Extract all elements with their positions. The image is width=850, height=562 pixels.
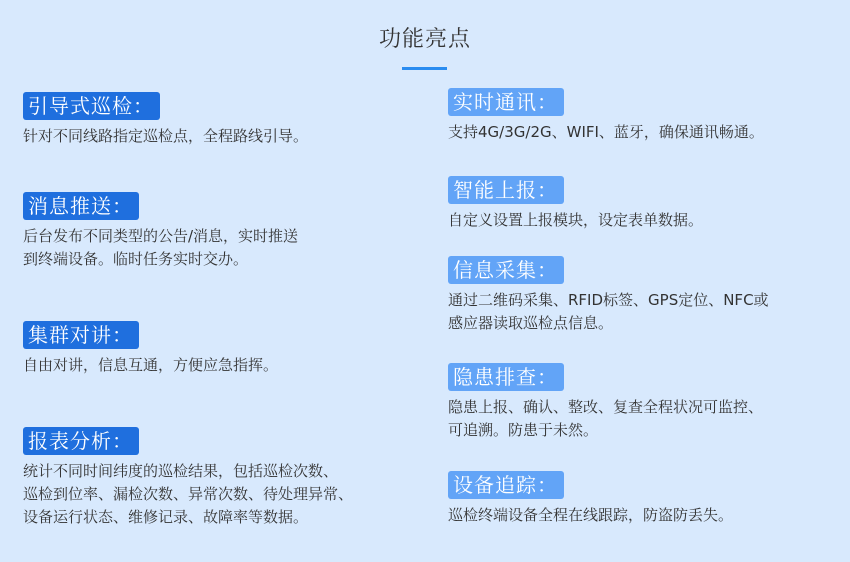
description-line: 自由对讲，信息互通，方便应急指挥。 — [23, 354, 278, 377]
description-line: 支持4G/3G/2G、WIFI、蓝牙，确保通讯畅通。 — [448, 121, 764, 144]
description-line: 通过二维码采集、RFID标签、GPS定位、NFC或 — [448, 289, 769, 312]
feature-description: 自定义设置上报模块，设定表单数据。 — [448, 209, 703, 232]
description-line: 针对不同线路指定巡检点，全程路线引导。 — [23, 125, 308, 148]
page-title: 功能亮点 — [0, 22, 850, 53]
feature-group-intercom: 集群对讲： 自由对讲，信息互通，方便应急指挥。 — [23, 321, 278, 377]
feature-badge: 设备追踪： — [448, 471, 564, 499]
feature-guided-patrol: 引导式巡检： 针对不同线路指定巡检点，全程路线引导。 — [23, 92, 308, 148]
description-line: 设备运行状态、维修记录、故障率等数据。 — [23, 506, 353, 529]
feature-description: 隐患上报、确认、整改、复查全程状况可监控、 可追溯。防患于未然。 — [448, 396, 763, 442]
description-line: 后台发布不同类型的公告/消息，实时推送 — [23, 225, 298, 248]
feature-description: 后台发布不同类型的公告/消息，实时推送 到终端设备。临时任务实时交办。 — [23, 225, 298, 271]
feature-badge: 信息采集： — [448, 256, 564, 284]
feature-description: 通过二维码采集、RFID标签、GPS定位、NFC或 感应器读取巡检点信息。 — [448, 289, 769, 335]
feature-badge: 智能上报： — [448, 176, 564, 204]
feature-badge: 实时通讯： — [448, 88, 564, 116]
description-line: 感应器读取巡检点信息。 — [448, 312, 769, 335]
description-line: 到终端设备。临时任务实时交办。 — [23, 248, 298, 271]
feature-smart-reporting: 智能上报： 自定义设置上报模块，设定表单数据。 — [448, 176, 703, 232]
feature-description: 自由对讲，信息互通，方便应急指挥。 — [23, 354, 278, 377]
description-line: 自定义设置上报模块，设定表单数据。 — [448, 209, 703, 232]
feature-badge: 集群对讲： — [23, 321, 139, 349]
description-line: 可追溯。防患于未然。 — [448, 419, 763, 442]
feature-realtime-communication: 实时通讯： 支持4G/3G/2G、WIFI、蓝牙，确保通讯畅通。 — [448, 88, 764, 144]
description-line: 统计不同时间纬度的巡检结果，包括巡检次数、 — [23, 460, 353, 483]
feature-description: 巡检终端设备全程在线跟踪，防盗防丢失。 — [448, 504, 733, 527]
description-line: 巡检终端设备全程在线跟踪，防盗防丢失。 — [448, 504, 733, 527]
feature-device-tracking: 设备追踪： 巡检终端设备全程在线跟踪，防盗防丢失。 — [448, 471, 733, 527]
feature-message-push: 消息推送： 后台发布不同类型的公告/消息，实时推送 到终端设备。临时任务实时交办… — [23, 192, 298, 271]
feature-hazard-inspection: 隐患排查： 隐患上报、确认、整改、复查全程状况可监控、 可追溯。防患于未然。 — [448, 363, 763, 442]
feature-badge: 报表分析： — [23, 427, 139, 455]
feature-badge: 引导式巡检： — [23, 92, 160, 120]
feature-info-collection: 信息采集： 通过二维码采集、RFID标签、GPS定位、NFC或 感应器读取巡检点… — [448, 256, 769, 335]
description-line: 巡检到位率、漏检次数、异常次数、待处理异常、 — [23, 483, 353, 506]
description-line: 隐患上报、确认、整改、复查全程状况可监控、 — [448, 396, 763, 419]
feature-description: 统计不同时间纬度的巡检结果，包括巡检次数、 巡检到位率、漏检次数、异常次数、待处… — [23, 460, 353, 529]
feature-badge: 消息推送： — [23, 192, 139, 220]
feature-report-analysis: 报表分析： 统计不同时间纬度的巡检结果，包括巡检次数、 巡检到位率、漏检次数、异… — [23, 427, 353, 529]
feature-description: 支持4G/3G/2G、WIFI、蓝牙，确保通讯畅通。 — [448, 121, 764, 144]
title-accent-line — [402, 67, 447, 70]
feature-badge: 隐患排查： — [448, 363, 564, 391]
feature-description: 针对不同线路指定巡检点，全程路线引导。 — [23, 125, 308, 148]
